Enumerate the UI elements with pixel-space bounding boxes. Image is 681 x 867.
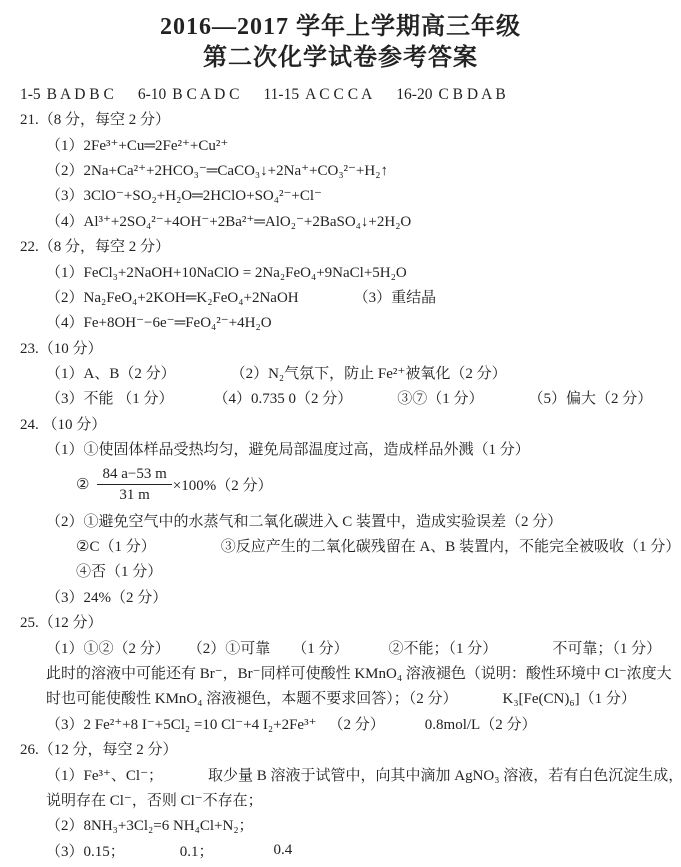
q21-answer-4: （4）Al³⁺+2SO₄²⁻+4OH⁻+2Ba²⁺═AlO₂⁻+2BaSO₄↓+… (46, 208, 661, 233)
q25-paragraph-row-2: 时也可能使酸性 KMnO₄ 溶液褪色，本题不要求回答）；（2 分） K₃[Fe(… (46, 685, 661, 710)
mc-answers: B C A D C (172, 86, 239, 103)
q25-answer-row-1: （1）①②（2 分） （2）①可靠 （1 分） ②不能；（1 分） 不可靠；（1… (46, 634, 661, 659)
q26-answer-row-3: （3）0.15； 0.1； 0.4 (46, 838, 661, 863)
q26-answer-3b: 0.1； (180, 840, 214, 861)
q26-answer-1a: （1）Fe³⁺、Cl⁻； (46, 764, 163, 785)
mc-range: 11-15 (264, 86, 300, 103)
q25-answer-3c: 0.8mol/L（2 分） (425, 713, 537, 734)
q26-answer-1c: 说明存在 Cl⁻，否则 Cl⁻不存在； (46, 787, 661, 812)
mc-answers: A C C C A (305, 86, 372, 103)
q23-answer-row-2: （3）不能 （1 分） （4）0.735 0（2 分） ③⑦（1 分） （5）偏… (46, 385, 661, 410)
q25-answer-2c: ②不能；（1 分） (389, 637, 498, 658)
q25-paragraph-2: 时也可能使酸性 KMnO₄ 溶液褪色，本题不要求回答）；（2 分） (46, 687, 458, 708)
q25-heading: 25.（12 分） (20, 609, 661, 634)
q25-answer-3b: （2 分） (329, 713, 385, 734)
q25-paragraph-2b: K₃[Fe(CN)₆]（1 分） (503, 687, 636, 708)
q24-fraction-numerator: 84 a−53 m (97, 465, 171, 485)
page-title: 2016—2017 学年上学期高三年级 第二次化学试卷参考答案 (20, 12, 661, 74)
q26-answer-3a: （3）0.15； (46, 840, 125, 861)
mc-range: 1-5 (20, 86, 41, 103)
q24-answer-2-2: ②C（1 分） (76, 535, 156, 556)
mc-group-16-20: 16-20C B D A B (396, 86, 505, 104)
q24-answer-row: ②C（1 分） ③反应产生的二氧化碳残留在 A、B 装置内，不能完全被吸收（1 … (76, 533, 661, 558)
q24-fraction-label: ② (76, 475, 89, 494)
q26-answer-1b: 取少量 B 溶液于试管中，向其中滴加 AgNO₃ 溶液，若有白色沉淀生成， (208, 764, 681, 785)
q22-answer-4: （4）Fe+8OH⁻−6e⁻═FeO₄²⁻+4H₂O (46, 309, 661, 334)
q24-answer-2-3: ③反应产生的二氧化碳残留在 A、B 装置内，不能完全被吸收（1 分） (221, 535, 681, 556)
q22-answer-2-row: （2）Na₂FeO₄+2KOH═K₂FeO₄+2NaOH （3）重结晶 (46, 284, 661, 309)
mc-range: 16-20 (396, 86, 432, 103)
title-line-1: 2016—2017 学年上学期高三年级 (20, 12, 661, 43)
q23-answer-row-1: （1）A、B（2 分） （2）N₂气氛下，防止 Fe²⁺被氧化（2 分） (46, 360, 661, 385)
q25-answer-2b: （1 分） (292, 637, 348, 658)
q26-heading: 26.（12 分，每空 2 分） (20, 736, 661, 761)
q24-fraction: 84 a−53 m 31 m (97, 465, 171, 504)
q25-answer-2a: （2）①可靠 (188, 637, 271, 658)
q23-answer-4b: ③⑦（1 分） (397, 387, 483, 408)
mc-group-6-10: 6-10B C A D C (138, 86, 240, 104)
q22-answer-2: （2）Na₂FeO₄+2KOH═K₂FeO₄+2NaOH (46, 286, 299, 307)
q21-heading: 21.（8 分，每空 2 分） (20, 106, 661, 131)
q21-answer-1: （1）2Fe³⁺+Cu═2Fe²⁺+Cu²⁺ (46, 131, 661, 156)
q24-fraction-suffix: ×100%（2 分） (173, 474, 273, 495)
q25-paragraph-1: 此时的溶液中可能还有 Br⁻，Br⁻同样可使酸性 KMnO₄ 溶液褪色（说明：酸… (46, 660, 661, 685)
q24-answer-3: （3）24%（2 分） (46, 584, 661, 609)
q25-answer-2d: 不可靠；（1 分） (552, 637, 661, 658)
mc-answers: C B D A B (438, 86, 505, 103)
mc-group-1-5: 1-5B A D B C (20, 86, 114, 104)
q22-answer-3: （3）重结晶 (354, 286, 437, 307)
q26-answer-row-1: （1）Fe³⁺、Cl⁻； 取少量 B 溶液于试管中，向其中滴加 AgNO₃ 溶液… (46, 761, 661, 786)
q23-answer-3: （3）不能 （1 分） (46, 387, 174, 408)
mc-group-11-15: 11-15A C C C A (264, 86, 373, 104)
q24-answer-2-1: （2）①避免空气中的水蒸气和二氧化碳进入 C 装置中，造成实验误差（2 分） (46, 507, 661, 532)
q23-answer-1: （1）A、B（2 分） (46, 362, 176, 383)
q23-heading: 23.（10 分） (20, 335, 661, 360)
title-line-2: 第二次化学试卷参考答案 (20, 43, 661, 74)
answer-sheet-page: 2016—2017 学年上学期高三年级 第二次化学试卷参考答案 1-5B A D… (0, 0, 681, 867)
multiple-choice-answers: 1-5B A D B C 6-10B C A D C 11-15A C C C … (20, 84, 661, 106)
q21-answer-3: （3）3ClO⁻+SO₂+H₂O═2HClO+SO₄²⁻+Cl⁻ (46, 182, 661, 207)
q21-answer-2: （2）2Na+Ca²⁺+2HCO₃⁻═CaCO₃↓+2Na⁺+CO₃²⁻+H₂↑ (46, 157, 661, 182)
mc-answers: B A D B C (47, 86, 114, 103)
q22-heading: 22.（8 分，每空 2 分） (20, 233, 661, 258)
mc-range: 6-10 (138, 86, 166, 103)
q23-answer-2: （2）N₂气氛下，防止 Fe²⁺被氧化（2 分） (231, 362, 507, 383)
q24-heading: 24. （10 分） (20, 411, 661, 436)
q25-answer-1: （1）①②（2 分） (46, 637, 170, 658)
q23-answer-5: （5）偏大（2 分） (529, 387, 653, 408)
q26-answer-2: （2）8NH₃+3Cl₂=6 NH₄Cl+N₂； (46, 812, 661, 837)
q24-answer-1-1: （1）①使固体样品受热均匀，避免局部温度过高，造成样品外溅（1 分） (46, 436, 661, 461)
q26-answer-3c: 0.4 (274, 842, 293, 859)
q23-answer-4: （4）0.735 0（2 分） (214, 387, 353, 408)
q22-answer-1: （1）FeCl₃+2NaOH+10NaClO = 2Na₂FeO₄+9NaCl+… (46, 258, 661, 283)
q24-fraction-line: ② 84 a−53 m 31 m ×100%（2 分） (76, 461, 661, 507)
q25-answer-row-3: （3）2 Fe²⁺+8 I⁻+5Cl₂ =10 Cl⁻+4 I₂+2Fe³⁺ （… (46, 711, 661, 736)
q25-answer-3a: （3）2 Fe²⁺+8 I⁻+5Cl₂ =10 Cl⁻+4 I₂+2Fe³⁺ (46, 713, 317, 734)
q24-fraction-denominator: 31 m (97, 485, 171, 504)
q24-answer-2-4: ④否（1 分） (76, 558, 661, 583)
